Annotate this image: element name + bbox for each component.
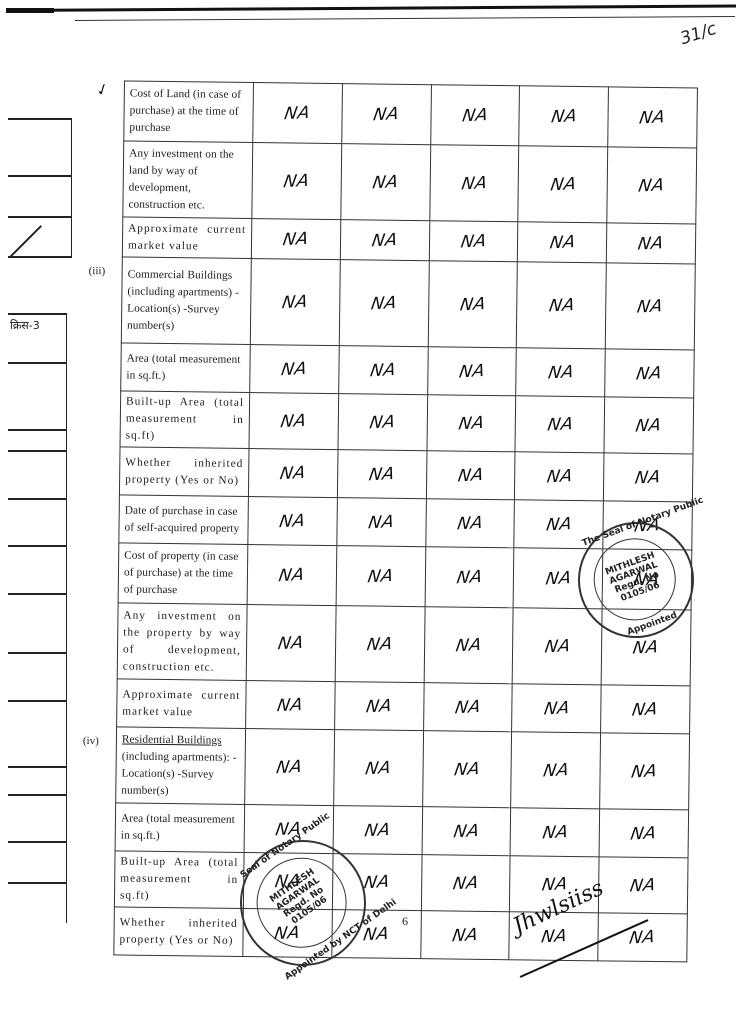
- handwritten-value-cell: NA: [249, 393, 338, 450]
- handwritten-value: NA: [280, 358, 309, 379]
- handwritten-value: NA: [368, 411, 397, 432]
- row-label-text: Area (total measurement in sq.ft.): [121, 812, 235, 841]
- handwritten-value: NA: [367, 511, 396, 532]
- stub-box-lower: [8, 313, 67, 923]
- handwritten-value-cell: NA: [422, 731, 512, 808]
- handwritten-value-cell: NA: [252, 143, 342, 220]
- handwritten-value: NA: [549, 174, 578, 195]
- handwritten-value-cell: NA: [334, 682, 423, 731]
- handwritten-value-cell: NA: [513, 608, 603, 685]
- handwritten-value-cell: NA: [335, 606, 425, 683]
- section-number: [77, 802, 116, 850]
- handwritten-value: NA: [451, 925, 480, 946]
- handwritten-value-cell: NA: [428, 261, 518, 348]
- handwritten-value: NA: [634, 467, 663, 488]
- handwritten-value: NA: [458, 294, 487, 315]
- row-label-text: Area (total measurement in sq.ft.): [126, 352, 240, 381]
- handwritten-value: NA: [546, 414, 575, 435]
- handwritten-value: NA: [457, 413, 486, 434]
- handwritten-value-cell: NA: [605, 349, 694, 398]
- handwritten-value: NA: [458, 361, 487, 382]
- handwritten-value: NA: [363, 871, 392, 892]
- handwritten-value-cell: NA: [599, 809, 688, 858]
- handwritten-value-cell: NA: [424, 607, 514, 684]
- handwritten-value-cell: NA: [248, 449, 337, 498]
- handwritten-value: NA: [629, 875, 658, 896]
- row-label: Commercial Buildings (including apartmen…: [121, 257, 251, 345]
- row-label-text: Approximate current market value: [128, 222, 246, 252]
- handwritten-value-cell: NA: [340, 220, 429, 261]
- handwritten-value: NA: [365, 633, 394, 654]
- handwritten-value-cell: NA: [605, 263, 695, 350]
- handwritten-value: NA: [456, 513, 485, 534]
- handwritten-value: NA: [452, 821, 481, 842]
- table-row: Approximate current market valueNANANANA…: [78, 678, 690, 733]
- handwritten-value-cell: NA: [420, 911, 509, 960]
- handwritten-value-cell: NA: [429, 145, 519, 222]
- handwritten-value-cell: NA: [430, 85, 520, 146]
- section-number: [78, 678, 117, 726]
- table-row: (iii)Commercial Buildings (including apa…: [83, 256, 696, 349]
- handwritten-value: NA: [630, 761, 659, 782]
- handwritten-value: NA: [543, 636, 572, 657]
- handwritten-value: NA: [364, 757, 393, 778]
- handwritten-value-cell: NA: [512, 684, 601, 733]
- table-row: Area (total measurement in sq.ft.)NANANA…: [77, 802, 689, 857]
- handwritten-value: NA: [454, 635, 483, 656]
- handwritten-value: NA: [628, 927, 657, 948]
- handwritten-value: NA: [637, 175, 666, 196]
- handwritten-value: NA: [638, 107, 667, 128]
- handwritten-value: NA: [632, 637, 661, 658]
- table-row: Any investment on the land by way of dev…: [84, 140, 696, 223]
- handwritten-value-cell: NA: [601, 685, 690, 734]
- scan-edge: [75, 16, 735, 21]
- handwritten-value-cell: NA: [253, 83, 343, 144]
- handwritten-value-cell: NA: [338, 346, 427, 395]
- row-label-text: Any investment on the land by way of dev…: [128, 147, 233, 211]
- handwritten-value: NA: [278, 510, 307, 531]
- section-number: [80, 494, 119, 542]
- handwritten-value: NA: [549, 106, 578, 127]
- margin-label: क्रिस-3: [10, 318, 40, 333]
- handwritten-value-cell: NA: [341, 144, 431, 221]
- row-label: Date of purchase in case of self-acquire…: [119, 495, 249, 545]
- row-label-title: Residential Buildings: [122, 733, 222, 746]
- handwritten-value: NA: [456, 465, 485, 486]
- handwritten-value-cell: NA: [337, 498, 426, 547]
- handwritten-value: NA: [282, 170, 311, 191]
- stub-box-upper: [8, 118, 72, 258]
- handwritten-value: NA: [455, 567, 484, 588]
- handwritten-value-cell: NA: [427, 347, 516, 396]
- table-row: Area (total measurement in sq.ft.)NANANA…: [82, 342, 694, 397]
- handwritten-value-cell: NA: [421, 855, 510, 912]
- handwritten-value-cell: NA: [342, 84, 432, 145]
- handwritten-value-cell: NA: [333, 806, 422, 855]
- handwritten-value-cell: NA: [251, 219, 340, 260]
- handwritten-value: NA: [366, 565, 395, 586]
- handwritten-value: NA: [636, 296, 665, 317]
- handwritten-value: NA: [547, 295, 576, 316]
- handwritten-value: NA: [545, 466, 574, 487]
- row-label: Built-up Area (total measurement in sq.f…: [120, 391, 250, 449]
- handwritten-value: NA: [630, 823, 659, 844]
- handwritten-value: NA: [368, 463, 397, 484]
- handwritten-value: NA: [459, 231, 488, 252]
- table-row: Whether inherited property (Yes or No)NA…: [81, 446, 693, 501]
- handwritten-value: NA: [372, 103, 401, 124]
- handwritten-value: NA: [277, 632, 306, 653]
- handwritten-value-cell: NA: [518, 146, 608, 223]
- handwritten-value: NA: [545, 514, 574, 535]
- section-number: [85, 80, 124, 140]
- handwritten-value: NA: [460, 173, 489, 194]
- section-number: [84, 140, 123, 216]
- row-label: Residential Buildings (including apartme…: [116, 727, 246, 805]
- handwritten-value-cell: NA: [604, 453, 693, 502]
- handwritten-value-cell: NA: [518, 222, 607, 263]
- handwritten-value: NA: [281, 291, 310, 312]
- handwritten-value-cell: NA: [604, 397, 693, 454]
- handwritten-value: NA: [283, 102, 312, 123]
- section-number: [75, 906, 114, 954]
- row-label-text: Built-up Area (total measurement in sq.f…: [120, 855, 239, 901]
- handwritten-value-cell: NA: [250, 345, 339, 394]
- section-number: [82, 342, 121, 390]
- handwritten-value-cell: NA: [607, 147, 697, 224]
- section-number: [84, 216, 123, 256]
- row-label-text: Whether inherited property (Yes or No): [125, 456, 243, 486]
- handwritten-value-cell: NA: [511, 732, 601, 809]
- row-label: Area (total measurement in sq.ft.): [115, 803, 245, 853]
- handwritten-value: NA: [637, 233, 666, 254]
- handwritten-value: NA: [539, 926, 568, 947]
- handwritten-value: NA: [275, 756, 304, 777]
- handwritten-value-cell: NA: [427, 395, 516, 452]
- handwritten-value-cell: NA: [423, 683, 512, 732]
- handwritten-value: NA: [631, 699, 660, 720]
- handwritten-value-cell: NA: [425, 499, 514, 548]
- handwritten-value: NA: [279, 410, 308, 431]
- handwritten-value-cell: NA: [599, 857, 688, 914]
- handwritten-value: NA: [544, 568, 573, 589]
- handwritten-value-cell: NA: [333, 730, 423, 807]
- handwritten-value-cell: NA: [606, 223, 695, 264]
- handwritten-value: NA: [451, 873, 480, 894]
- row-label: Whether inherited property (Yes or No): [114, 907, 244, 957]
- handwritten-value-cell: NA: [337, 450, 426, 499]
- handwritten-value: NA: [635, 415, 664, 436]
- handwritten-value: NA: [461, 105, 490, 126]
- handwritten-value: NA: [635, 363, 664, 384]
- row-label: Whether inherited property (Yes or No): [119, 447, 249, 497]
- handwritten-value-cell: NA: [608, 87, 698, 148]
- handwritten-value-cell: NA: [510, 808, 599, 857]
- table-row: Built-up Area (total measurement in sq.f…: [82, 390, 694, 453]
- row-label: Cost of Land (in case of purchase) at th…: [124, 81, 254, 143]
- handwritten-value-cell: NA: [519, 86, 609, 147]
- page-number: 6: [402, 914, 408, 929]
- section-number: [76, 850, 115, 906]
- handwritten-value-cell: NA: [515, 452, 604, 501]
- handwritten-value-cell: NA: [245, 728, 335, 805]
- section-number: [80, 542, 119, 602]
- handwritten-value-cell: NA: [247, 545, 337, 606]
- handwritten-value: NA: [453, 759, 482, 780]
- handwritten-value-cell: NA: [246, 681, 335, 730]
- handwritten-value: NA: [365, 695, 394, 716]
- row-label-text: Cost of property (in case of purchase) a…: [124, 550, 239, 597]
- section-number: [79, 602, 118, 678]
- row-label: Built-up Area (total measurement in sq.f…: [114, 851, 244, 909]
- handwritten-value: NA: [541, 760, 570, 781]
- corner-page-mark: 31/c: [678, 19, 719, 49]
- handwritten-value-cell: NA: [246, 605, 336, 682]
- handwritten-value: NA: [282, 228, 311, 249]
- row-label: Any investment on the land by way of dev…: [123, 141, 253, 219]
- handwritten-value: NA: [541, 822, 570, 843]
- handwritten-value: NA: [279, 462, 308, 483]
- handwritten-value: NA: [276, 694, 305, 715]
- handwritten-value-cell: NA: [336, 546, 426, 607]
- handwritten-value: NA: [277, 564, 306, 585]
- handwritten-value: NA: [370, 229, 399, 250]
- handwritten-value-cell: NA: [515, 396, 604, 453]
- row-label-text: Commercial Buildings (including apartmen…: [127, 268, 239, 332]
- row-label-text: Whether inherited property (Yes or No): [119, 916, 237, 946]
- scan-edge: [6, 5, 736, 12]
- section-number: [81, 446, 120, 494]
- handwritten-value-cell: NA: [338, 394, 427, 451]
- section-number: [82, 390, 121, 446]
- handwritten-value-cell: NA: [517, 262, 607, 349]
- handwritten-value: NA: [363, 819, 392, 840]
- handwritten-value-cell: NA: [429, 221, 518, 262]
- handwritten-value: NA: [453, 697, 482, 718]
- handwritten-value-cell: NA: [516, 348, 605, 397]
- handwritten-value: NA: [542, 698, 571, 719]
- property-declaration-table: Cost of Land (in case of purchase) at th…: [75, 80, 698, 962]
- row-label: Any investment on the property by way of…: [117, 603, 247, 681]
- table-row: Cost of Land (in case of purchase) at th…: [85, 80, 697, 147]
- row-label-text: Built-up Area (total measurement in sq.f…: [126, 396, 245, 442]
- handwritten-value: NA: [546, 362, 575, 383]
- handwritten-value: NA: [371, 171, 400, 192]
- row-label-text: Cost of Land (in case of purchase) at th…: [129, 88, 241, 134]
- row-label-text: Date of purchase in case of self-acquire…: [124, 504, 239, 534]
- row-label: Area (total measurement in sq.ft.): [121, 343, 251, 393]
- handwritten-value: NA: [369, 359, 398, 380]
- row-label: Approximate current market value: [117, 679, 247, 729]
- row-label-text: Approximate current market value: [122, 688, 240, 718]
- section-number: (iv): [77, 726, 116, 802]
- handwritten-value: NA: [370, 292, 399, 313]
- handwritten-value-cell: NA: [248, 497, 337, 546]
- handwritten-value-cell: NA: [339, 260, 429, 347]
- handwritten-value-cell: NA: [250, 259, 340, 346]
- row-label: Cost of property (in case of purchase) a…: [118, 543, 248, 605]
- handwritten-value-cell: NA: [426, 451, 515, 500]
- row-label: Approximate current market value: [122, 217, 251, 259]
- handwritten-value-cell: NA: [600, 733, 690, 810]
- handwritten-value: NA: [548, 232, 577, 253]
- section-number: (iii): [83, 256, 123, 342]
- table-row: (iv)Residential Buildings (including apa…: [77, 726, 689, 809]
- handwritten-value-cell: NA: [422, 807, 511, 856]
- handwritten-value-cell: NA: [425, 547, 515, 608]
- row-label-text: Any investment on the property by way of…: [123, 609, 242, 673]
- row-label-text: (including apartments): -Location(s) -Su…: [121, 750, 236, 797]
